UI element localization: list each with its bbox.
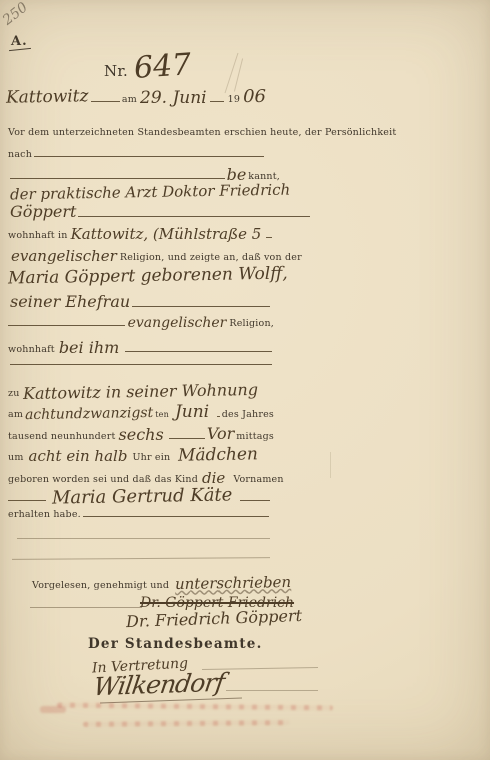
registrar-heading: Der Standesbeamte.: [88, 636, 262, 652]
religion-2-handwritten: evangelischer: [128, 315, 227, 331]
vorgelesen-printed: Vorgelesen, genehmigt und: [32, 580, 169, 591]
ruled-line: [226, 690, 318, 691]
geboren-printed: geboren worden sei und daß das Kind: [8, 474, 198, 485]
unterschrieben-handwritten: unterschrieben: [175, 573, 291, 593]
child-article-row: geboren worden sei und daß das Kind die …: [8, 468, 274, 486]
mittags-label: mittags: [236, 431, 274, 442]
um-label: um: [8, 452, 24, 463]
nach-row: nach: [8, 149, 266, 160]
closing-row: Vorgelesen, genehmigt und unterschrieben: [32, 574, 262, 592]
ruled-line: [240, 498, 270, 501]
registration-date: 29. Juni: [140, 88, 207, 108]
declarant-signature-row: Dr. Friedrich Göppert: [126, 609, 302, 628]
am-label: am: [122, 94, 137, 105]
birth-place: Kattowitz in seiner Wohnung: [22, 380, 257, 403]
ruled-line: [10, 176, 225, 179]
zu-label: zu: [8, 388, 20, 399]
des-jahres-label: des Jahres: [222, 409, 274, 420]
birth-year: sechs: [119, 425, 164, 444]
ruled-line: [217, 414, 220, 417]
ruled-line: [169, 436, 205, 439]
ruled-line: [78, 214, 310, 217]
spouse-handwritten: seiner Ehefrau: [10, 292, 130, 311]
year-prefix-printed: 19: [228, 94, 241, 105]
declarant-residence: Kattowitz, (Mühlstraße 5: [71, 225, 262, 243]
child-name: Maria Gertrud Käte: [52, 484, 233, 508]
deputy-signature-row: Wilkendorf: [94, 670, 224, 699]
declarant-description: der praktische Arzt Doktor Friedrich: [10, 181, 290, 204]
ruled-line: [8, 498, 46, 501]
birth-month: Juni: [175, 402, 209, 422]
ruled-line: [266, 235, 272, 238]
ruled-line: [10, 362, 272, 365]
registration-place-date-row: Kattowitz am 29. Juni 19 06: [6, 86, 266, 107]
ruled-line: [12, 555, 270, 560]
ruled-line: [132, 304, 270, 307]
birth-time: acht ein halb: [29, 447, 128, 465]
registration-place: Kattowitz: [6, 86, 89, 107]
stamp-bleed-mark: [83, 720, 290, 727]
religion-1-handwritten: evangelischer: [11, 247, 117, 265]
birth-place-row: zu Kattowitz in seiner Wohnung: [8, 381, 252, 400]
intro-printed-line: Vor dem unterzeichneten Standesbeamten e…: [8, 127, 320, 138]
wohnhaft-label: wohnhaft: [8, 344, 55, 355]
ruled-line: [125, 349, 272, 352]
ruled-line: [8, 323, 125, 326]
nach-label: nach: [8, 149, 32, 160]
intro-text: Vor dem unterzeichneten Standesbeamten e…: [8, 127, 396, 138]
year-handwritten: 06: [243, 86, 266, 107]
ruled-line: [91, 99, 120, 102]
declarant-row-2: Göppert: [10, 202, 312, 221]
stamp-bleed-mark: [57, 703, 333, 711]
vornamen-label: Vornamen: [233, 474, 283, 485]
spouse-residence-row: wohnhaft bei ihm: [8, 337, 274, 356]
ruled-line: [30, 607, 142, 608]
spouse-row: seiner Ehefrau: [10, 292, 272, 311]
daytime-handwritten: Vor: [207, 424, 234, 443]
empty-ruled-row: [15, 536, 272, 539]
birth-date-row: am achtundzwanzigst ten Juni des Jahres: [8, 402, 274, 422]
child-name-row: Maria Gertrud Käte: [8, 485, 272, 506]
deputy-signature: Wilkendorf: [92, 668, 226, 702]
declarant-surname: Göppert: [10, 202, 76, 221]
record-number-value: 647: [133, 50, 192, 84]
erhalten-row: erhalten habe.: [8, 509, 271, 520]
form-letter-mark: A.: [11, 34, 28, 49]
uhr-ein-label: Uhr ein: [132, 452, 170, 463]
record-number-label: Nr.: [104, 62, 128, 80]
declarant-signature: Dr. Friedrich Göppert: [126, 606, 303, 631]
ordinal-suffix-printed: ten: [155, 410, 169, 419]
crease-mark: [330, 452, 331, 478]
birth-year-row: tausend neunhundert sechs Vor mittags: [8, 424, 274, 443]
ruled-line: [83, 514, 269, 517]
mother-name: Maria Göppert geborenen Wolff,: [8, 264, 288, 289]
birth-day: achtundzwanzigst: [25, 405, 153, 423]
declarant-row-1: der praktische Arzt Doktor Friedrich: [10, 183, 302, 201]
erhalten-label: erhalten habe.: [8, 509, 81, 520]
ruled-line: [17, 536, 270, 539]
archival-pencil-note: 250: [0, 0, 31, 29]
record-number: Nr. 647: [104, 52, 191, 82]
religion-row-1: evangelischer Religion, und zeigte an, d…: [8, 246, 274, 264]
empty-ruled-row: [10, 555, 272, 560]
religion-row-2: evangelischer Religion,: [8, 314, 274, 330]
declarant-residence-row: wohnhaft in Kattowitz, (Mühlstraße 5: [8, 224, 274, 242]
religion-1-printed: Religion, und zeigte an, daß von der: [120, 252, 302, 263]
mother-name-row: Maria Göppert geborenen Wolff,: [8, 266, 280, 286]
spouse-residence: bei ihm: [59, 338, 120, 357]
stamp-bleed-mark: [40, 706, 66, 713]
wohnhaft-in-label: wohnhaft in: [8, 230, 68, 241]
ruled-line: [210, 99, 224, 102]
registrar-heading-row: Der Standesbeamte.: [88, 636, 262, 652]
child-sex: Mädchen: [178, 444, 258, 465]
tausend-label: tausend neunhundert: [8, 431, 116, 442]
ruled-line: [34, 154, 264, 157]
birth-time-row: um acht ein halb Uhr ein Mädchen: [8, 445, 274, 465]
religion-2-printed: Religion,: [229, 318, 274, 329]
bekannt-row: be kannt,: [8, 164, 280, 183]
am-label-2: am: [8, 409, 23, 420]
empty-ruled-row: [8, 362, 274, 365]
birth-record-scan: 250 A. Nr. 647 Kattowitz am 29. Juni 19 …: [0, 0, 490, 760]
